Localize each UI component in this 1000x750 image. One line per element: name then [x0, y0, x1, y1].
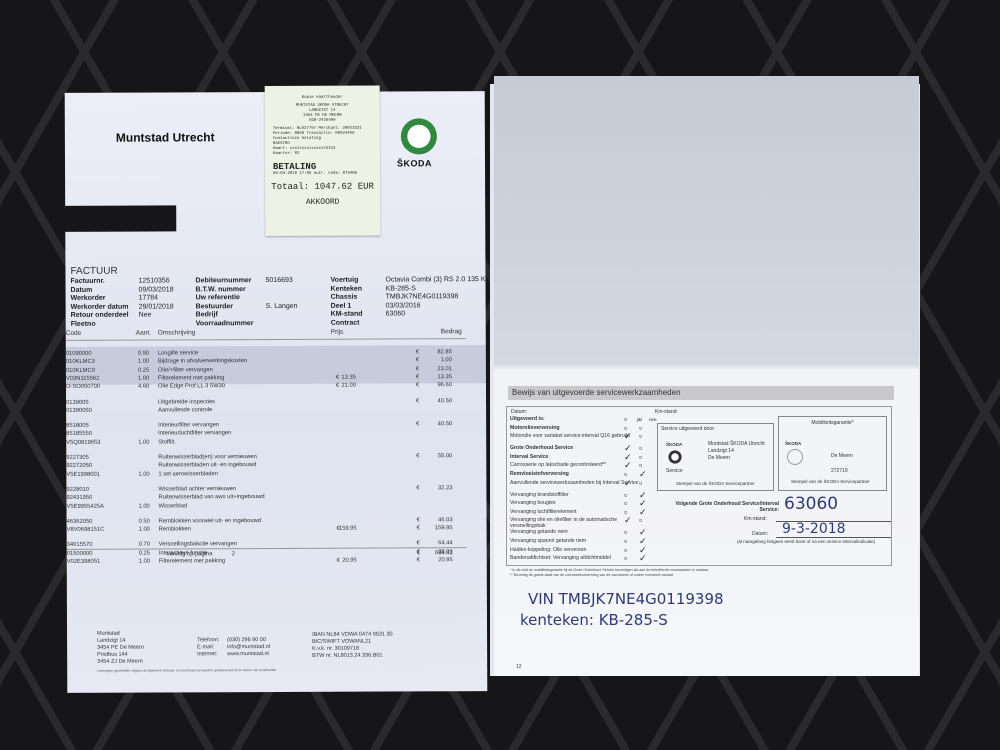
field-label: Datum — [71, 286, 93, 293]
field-value: Nee — [139, 312, 152, 321]
checkbox-icon: ▫ — [624, 553, 627, 563]
item-price: 159.95 — [339, 526, 357, 532]
checklist-item: Carrosserie op lakschade gecontroleerd** — [510, 462, 640, 468]
item-amount: 32.23 — [438, 485, 453, 491]
item-code: O-SO050700 — [66, 384, 100, 390]
item-amount: 64.44 — [438, 541, 453, 547]
item-code: V5Q0819653 — [66, 439, 100, 445]
item-qty: 4.60 — [138, 384, 149, 390]
field-label: Voertuig — [330, 277, 358, 284]
mobility-box: Mobiliteitsgarantie* ŠKODA De Meern 2727… — [778, 416, 887, 491]
invoice-title: FACTUUR — [70, 266, 117, 277]
item-qty: 1.00 — [138, 375, 149, 381]
item-qty: 1.00 — [138, 503, 149, 509]
invoice-field: Datum09/03/2018 — [71, 286, 129, 295]
item-description: Bijdrage in afvalverwerkingskosten — [158, 358, 247, 364]
invoice-field: Contract — [331, 319, 363, 328]
item-code: 9228010 — [66, 487, 89, 493]
invoice-field: BestuurderS. Langen — [196, 303, 254, 312]
dealer-street: Landzigt 14 — [708, 448, 734, 454]
item-description: Ruitenwisserblad(en) voor vernieuwen — [158, 454, 257, 460]
service-logo-label: Service — [666, 468, 683, 474]
checklist-item: Remvloeistofverversing — [510, 471, 640, 477]
receipt-status: AKKOORD — [265, 198, 380, 208]
amount-currency: € — [417, 525, 420, 531]
field-value: 03/03/2016 — [386, 302, 421, 311]
skoda-logo-icon — [401, 118, 437, 154]
field-label: Deel 1 — [331, 302, 352, 309]
skoda-service-logo-icon — [668, 450, 682, 464]
item-description: Remblokken — [159, 526, 191, 532]
field-value: 09/03/2018 — [139, 286, 174, 295]
subtotal-currency: € — [417, 550, 420, 556]
item-code: V8V0698151C — [67, 527, 105, 533]
invoice-field: KM-stand63060 — [331, 311, 363, 320]
next-km-value: 63060 — [784, 494, 838, 514]
item-description: 1 set aerowisserbladen — [158, 471, 218, 477]
item-amount: 159.95 — [435, 525, 453, 531]
invoice-field: Factuurnr.12510356 — [71, 278, 129, 287]
amount-currency: € — [416, 453, 419, 459]
item-code: 010KLMC9 — [66, 367, 95, 373]
item-amount: 23.01 — [437, 366, 452, 372]
field-value: 17784 — [139, 295, 159, 304]
item-qty: 0.70 — [139, 542, 150, 548]
footer-address: MuntstadLandzigt 143454 PE De MeernPostb… — [97, 631, 144, 666]
invoice-field: Werkorder datum29/01/2018 — [71, 303, 129, 312]
checkbox-icon: ▫ — [639, 431, 642, 441]
company-name: Muntstad Utrecht — [116, 130, 215, 144]
item-qty: 0.90 — [138, 351, 149, 357]
item-code: 92431950 — [66, 495, 92, 501]
dealer-city: De Meern — [708, 455, 730, 461]
invoice-field: Werkorder17784 — [71, 295, 129, 304]
receipt-payment-label: BETALING — [265, 162, 380, 173]
line-item: V5Q08196531.00Stoffilt. — [66, 438, 466, 448]
field-label: Kenteken — [331, 285, 363, 292]
item-description: Interieurluchtfilter vervangen — [158, 431, 231, 437]
item-code: 01390050 — [66, 408, 92, 414]
field-label: Debiteurnummer — [195, 277, 251, 284]
column-header: Aant. — [136, 330, 151, 337]
mobility-skoda-wordmark: ŠKODA — [785, 441, 801, 446]
checklist-item: Bandenafdichtset: Vervanging afdichtmidd… — [510, 555, 640, 561]
footer-address-line: 3454 ZJ De Meern — [97, 659, 144, 666]
footnote: ** Bevestig de goede staat van de corros… — [510, 573, 890, 578]
item-description: Olie Edge Prof LL 3 5W30 — [158, 383, 225, 389]
continued-label: vervolg op pagina — [167, 551, 213, 557]
checklist-item: Grote Onderhoud Service — [510, 445, 640, 451]
field-label: Werkorder datum — [71, 303, 129, 310]
handwritten-plate: kenteken: KB-285-S — [520, 611, 668, 629]
mobility-stamp-label: Stempel van de ŠKODA Servicepartner — [791, 479, 870, 484]
line-item: 01390050Aanvullende controle — [66, 406, 466, 416]
checklist-item: Aanvullende servicewerkzaamheden bij Int… — [510, 480, 640, 486]
invoice-field: Uw referentie — [196, 294, 254, 303]
field-label: Factuurnr. — [71, 278, 105, 285]
item-code: 34015570 — [67, 542, 93, 548]
item-description: Olie/+filter vervangen — [158, 367, 213, 373]
footer-contact-label: Internet: — [197, 651, 219, 658]
next-km-label: Km-stand: — [744, 516, 767, 522]
item-description: Versnellingsbakolie vervangen — [159, 542, 237, 548]
item-code: 46362050 — [67, 519, 93, 525]
item-amount: 55.00 — [438, 453, 453, 459]
payment-receipt: Kopie kaarthouder MUNTSTAD SKODA UTRECHT… — [265, 86, 381, 237]
footer-bank: IBAN NL84 VOWA 0474 9531 30BIC/SWIFT VOW… — [312, 631, 393, 659]
item-qty: 1.00 — [139, 527, 150, 533]
price-currency: € — [336, 375, 339, 381]
footer-bank-line: BTW nr. NL8013.24.336.B01 — [312, 652, 393, 659]
handwritten-vin: VIN TMBJK7NE4G0119398 — [528, 590, 724, 608]
item-amount: 82.85 — [437, 349, 452, 355]
item-amount: 40.50 — [438, 398, 453, 404]
receipt-datetime: 09-03-2018 17:05 Autr. code: 875406 — [265, 172, 380, 178]
invoice-field: VoertuigOctavia Combi (3) RS 2.0 135 K — [330, 277, 362, 286]
datum-label: Datum: — [511, 409, 527, 415]
next-date-value: 9-3-2018 — [782, 521, 846, 537]
item-code: 9227305 — [66, 455, 89, 461]
service-booklet-page: Bewijs van uitgevoerde servicewerkzaamhe… — [494, 76, 919, 676]
footer-contact-values: (030) 296 90 00info@muntstad.nlwww.munts… — [227, 637, 270, 658]
invoice-field: KentekenKB-285-S — [331, 285, 363, 294]
field-label: Uw referentie — [196, 294, 240, 301]
field-label: Bestuurder — [196, 303, 233, 310]
field-label: B.T.W. nummer — [196, 286, 246, 293]
item-code: 85185550 — [66, 431, 92, 437]
footer-contact-value: www.muntstad.nl — [227, 651, 270, 658]
field-label: Werkorder — [71, 295, 106, 302]
checkbox-icon: ▫ — [639, 478, 642, 488]
field-label: Voorraadnummer — [196, 320, 254, 327]
checklist-item: Vervanging bougies — [510, 500, 640, 506]
item-description: Filterelement met pakking — [158, 375, 224, 381]
item-price: 13.35 — [341, 375, 356, 381]
mobility-label: Mobiliteitsgarantie* — [779, 420, 886, 426]
item-code: 010KLMC3 — [66, 359, 95, 365]
field-value: TMBJK7NE4G0119398 — [386, 293, 459, 302]
column-header: Code — [66, 330, 82, 337]
line-items-header: CodeAant.OmschrijvingPrijsBedrag — [66, 328, 466, 341]
item-code: V03N115562 — [66, 376, 99, 382]
amount-currency: € — [417, 517, 420, 523]
item-description: Ruitenwisserbladen uit- en ingebouwd — [158, 462, 256, 468]
item-qty: 1.00 — [138, 471, 149, 477]
item-amount: 96.60 — [437, 382, 452, 388]
price-currency: € — [336, 383, 339, 389]
amount-currency: € — [416, 421, 419, 427]
invoice-field: Retour onderdeelNee — [71, 312, 129, 321]
checklist-item: Haldex-koppeling: Olie verversen — [510, 547, 640, 553]
field-label: Bedrijf — [196, 311, 218, 318]
next-service-label: Volgende Grote Onderhoud Service/Interva… — [659, 501, 779, 513]
line-item: V8V0698151C1.00Remblokken€159.95€159.95 — [67, 525, 467, 535]
invoice-fields-right: VoertuigOctavia Combi (3) RS 2.0 135 KKe… — [330, 277, 362, 328]
checklist-item: Vervanging olie en oliefilter in de auto… — [510, 517, 640, 529]
invoice-fields-mid: Debiteurnummer5016693B.T.W. nummerUw ref… — [195, 277, 253, 328]
item-description: Wisserblad — [158, 503, 187, 509]
checklist-item: Vervanging brandstoffilter — [510, 492, 640, 498]
field-label: Fleetno — [71, 320, 96, 327]
footer-fine-print: Leveringen geschieden volgens de Algemen… — [97, 668, 276, 673]
invoice-field: ChassisTMBJK7NE4G0119398 — [331, 294, 363, 303]
amount-currency: € — [416, 485, 419, 491]
mobility-logo-icon — [787, 449, 803, 465]
column-header: Prijs — [331, 329, 344, 336]
subtotal-amount: 699.42 — [435, 550, 453, 556]
item-description: Longlife service — [158, 350, 198, 356]
checkmark-icon: ✓ — [624, 515, 632, 526]
amount-currency: € — [416, 358, 419, 364]
item-amount: 1.00 — [441, 358, 452, 364]
item-code: 01090000 — [66, 351, 92, 357]
footer-contact-label: Telefoon: — [197, 637, 219, 644]
receipt-phone: 030-2426490 — [265, 119, 380, 125]
field-value: 63060 — [386, 310, 406, 319]
item-qty: 1.00 — [138, 439, 149, 445]
item-code: V5E9955425A — [66, 503, 103, 509]
kmstand-label: Km-stand: — [655, 409, 678, 415]
invoice-field: Voorraadnummer — [196, 320, 254, 329]
paper-cutout — [61, 205, 176, 232]
checklist-item: Motorolie voor variabel service-interval… — [510, 433, 640, 439]
field-value: 12510356 — [138, 277, 169, 286]
line-item: O-SO0507004.60Olie Edge Prof LL 3 5W30€2… — [66, 382, 466, 392]
brand-name: ŠKODA — [397, 158, 432, 168]
item-amount: 40.50 — [438, 421, 453, 427]
section-title: Bewijs van uitgevoerde servicewerkzaamhe… — [508, 386, 894, 400]
invoice-fields-left: Factuurnr.12510356Datum09/03/2018Werkord… — [71, 278, 129, 329]
line-item: V5E9955425A1.00Wisserblad — [66, 502, 466, 512]
invoice-field: Debiteurnummer5016693 — [195, 277, 253, 286]
item-qty: 1.00 — [138, 359, 149, 365]
invoice-document: Muntstad Utrecht ŠKODA Kopie kaarthouder… — [65, 91, 488, 693]
item-price: 21.00 — [341, 383, 356, 389]
continued-page: 2 — [232, 551, 235, 557]
subtotal-row: vervolg op pagina 2 € 699.42 — [67, 547, 467, 560]
item-amount: 46.03 — [438, 517, 453, 523]
mobility-code: 272719 — [831, 468, 848, 474]
receipt-total: Totaal: 1047.62 EUR — [265, 182, 380, 193]
line-item: V5E19980011.001 set aerowisserbladen — [66, 470, 466, 480]
item-description: Uitgebreide inspecties — [158, 399, 215, 405]
checklist-item: Uitgevoerd is: — [510, 416, 640, 422]
field-label: Contract — [331, 319, 360, 326]
next-note: (al naargelang hetgeen eerst komt of na … — [737, 539, 875, 544]
stamp-label: Stempel van de ŠKODA Servicepartner — [676, 481, 755, 486]
mobility-city: De Meern — [831, 453, 853, 459]
column-header: Bedrag — [441, 328, 462, 335]
item-description: Stoffilt. — [158, 439, 176, 445]
checklist-item: Vervanging spanrol getande riem — [510, 538, 640, 544]
amount-currency: € — [416, 349, 419, 355]
item-description: Aanvullende controle — [158, 407, 212, 413]
checkmark-icon: ✓ — [639, 553, 647, 564]
skoda-service-wordmark: ŠKODA — [666, 442, 682, 447]
amount-currency: € — [416, 398, 419, 404]
amount-currency: € — [416, 366, 419, 372]
date-line — [776, 537, 891, 538]
amount-currency: € — [417, 541, 420, 547]
item-description: Wisserblad achter vernieuwen — [158, 486, 236, 492]
amount-currency: € — [416, 374, 419, 380]
item-description: Remblokken voorwiel uit- en ingebouwd — [159, 518, 261, 524]
dealer-name: Muntstad ŠKODA Utrecht — [708, 441, 765, 447]
field-label: Chassis — [331, 294, 358, 301]
receipt-kaartvolg: Kaartvr: 03 — [265, 152, 380, 158]
nee-label: nee — [649, 417, 657, 422]
footer-contact-labels: Telefoon:E-mail:Internet: — [197, 637, 219, 658]
item-qty: 0.25 — [138, 367, 149, 373]
invoice-field: B.T.W. nummer — [196, 286, 254, 295]
item-description: Ruitenwisserblad van aws uit+ingebouwd — [158, 494, 264, 500]
item-code: 0139005 — [66, 399, 89, 405]
invoice-field: Fleetno — [71, 320, 129, 329]
column-header: Omschrijving — [158, 329, 196, 336]
item-description: Interieurfilter vervangen — [158, 422, 219, 428]
field-value: 5016693 — [265, 277, 292, 286]
checklist-item: Interval Service — [510, 454, 640, 460]
item-amount: 13.35 — [437, 374, 452, 380]
field-value: 29/01/2018 — [139, 303, 174, 312]
item-code: 8518005 — [66, 423, 89, 429]
field-label: KM-stand — [331, 311, 363, 318]
checklist-item: Motorolieverversing — [510, 425, 640, 431]
page-number: 12 — [516, 664, 522, 670]
field-value: S. Langen — [266, 302, 298, 311]
next-date-label: Datum: — [752, 531, 768, 537]
service-by-label: Service uitgevoerd door: — [661, 426, 715, 432]
item-code: V5E1998001 — [66, 471, 100, 477]
checkmark-icon: ✓ — [624, 478, 632, 489]
invoice-field: Deel 103/03/2016 — [331, 302, 363, 311]
checkbox-icon: ▫ — [639, 515, 642, 525]
field-value: KB-285-S — [386, 285, 416, 294]
service-by-box: Service uitgevoerd door: ŠKODA Service M… — [657, 423, 774, 491]
field-label: Retour onderdeel — [71, 312, 129, 319]
footnotes: * In dit veld de mobiliteitsgarantie bij… — [510, 568, 890, 578]
checklist-item: Vervanging getande riem — [510, 529, 640, 535]
item-code: 92272050 — [66, 463, 92, 469]
invoice-field: Bedrijf — [196, 311, 254, 320]
amount-currency: € — [416, 383, 419, 389]
receipt-header: Kopie kaarthouder — [265, 96, 380, 102]
checklist-item: Vervanging luchtfilterelement — [510, 509, 640, 515]
field-value: Octavia Combi (3) RS 2.0 135 K — [385, 276, 485, 285]
checkmark-icon: ✓ — [624, 431, 632, 442]
item-qty: 0.50 — [139, 518, 150, 524]
